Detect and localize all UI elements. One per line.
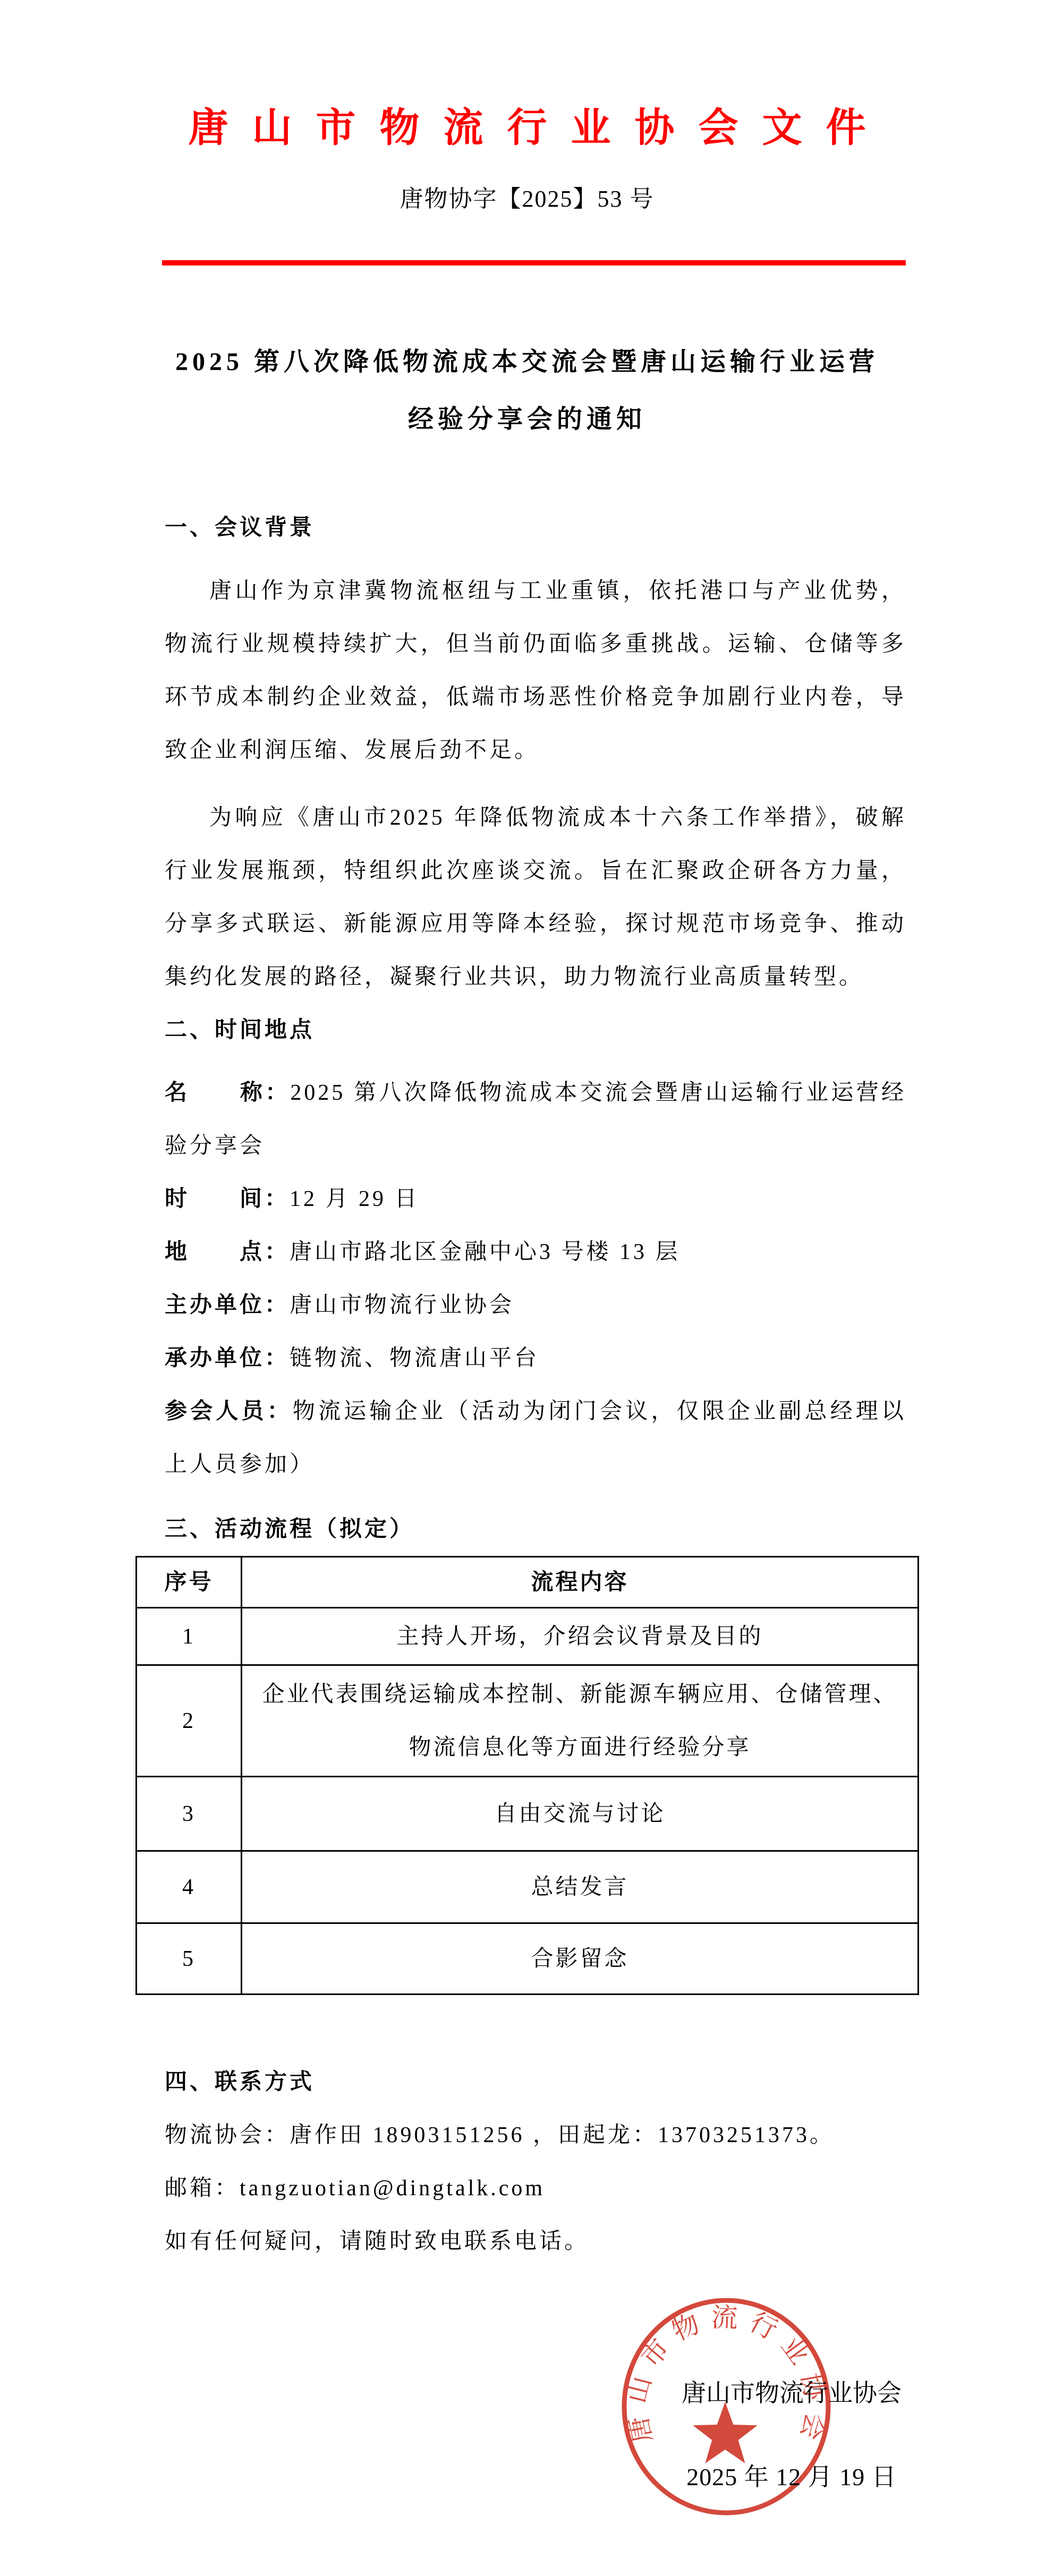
detail-label: 名 称： [165, 1081, 290, 1105]
doc-number: 唐物协字【2025】53 号 [0, 186, 1054, 212]
detail-label: 承办单位： [165, 1346, 290, 1371]
table-row: 5合影留念 [137, 1923, 919, 1995]
agenda-col-header-no: 序号 [137, 1557, 242, 1608]
section-heading-time-place: 二、时间地点 [135, 1004, 919, 1057]
agenda-table-header-row: 序号 流程内容 [137, 1557, 919, 1608]
contact-line: 物流协会：唐作田 18903151256 ，田起龙：13703251373。 [135, 2109, 919, 2162]
detail-lines: 名 称：2025 第八次降低物流成本交流会暨唐山运输行业运营经验分享会时 间：1… [135, 1066, 919, 1491]
detail-label: 地 点： [165, 1240, 290, 1264]
agenda-col-header-content: 流程内容 [242, 1557, 919, 1608]
section-heading-contact: 四、联系方式 [135, 2056, 919, 2109]
detail-line: 时 间：12 月 29 日 [135, 1173, 919, 1226]
contact-line: 如有任何疑问，请随时致电联系电话。 [135, 2215, 919, 2268]
detail-line: 承办单位：链物流、物流唐山平台 [135, 1332, 919, 1385]
detail-value: 链物流、物流唐山平台 [290, 1346, 539, 1371]
document-page: 唐山市物流行业协会文件 唐物协字【2025】53 号 2025 第八次降低物流成… [0, 0, 1054, 2576]
org-header-title: 唐山市物流行业协会文件 [0, 106, 1054, 149]
detail-label: 主办单位： [165, 1293, 290, 1317]
document-body: 一、会议背景 唐山作为京津冀物流枢纽与工业重镇，依托港口与产业优势，物流行业规模… [135, 501, 919, 2268]
table-row: 1主持人开场，介绍会议背景及目的 [137, 1608, 919, 1665]
table-cell-content: 自由交流与讨论 [242, 1777, 919, 1851]
section-heading-agenda: 三、活动流程（拟定） [135, 1503, 919, 1556]
detail-label: 时 间： [165, 1187, 290, 1211]
signature-org: 唐山市物流行业协会 [606, 2380, 977, 2407]
section-heading-background: 一、会议背景 [135, 501, 919, 554]
signature-date: 2025 年 12 月 19 日 [606, 2464, 977, 2491]
detail-value: 唐山市路北区金融中心3 号楼 13 层 [290, 1240, 681, 1264]
agenda-table-body: 1主持人开场，介绍会议背景及目的2企业代表围绕运输成本控制、新能源车辆应用、仓储… [137, 1608, 919, 1995]
agenda-table: 序号 流程内容 1主持人开场，介绍会议背景及目的2企业代表围绕运输成本控制、新能… [135, 1556, 919, 1995]
document-title: 2025 第八次降低物流成本交流会暨唐山运输行业运营经验分享会的通知 [155, 333, 899, 448]
table-cell-no: 4 [137, 1851, 242, 1923]
table-cell-content: 总结发言 [242, 1851, 919, 1923]
document-title-text: 2025 第八次降低物流成本交流会暨唐山运输行业运营经验分享会的通知 [174, 333, 880, 448]
table-cell-content: 主持人开场，介绍会议背景及目的 [242, 1608, 919, 1665]
table-cell-content: 企业代表围绕运输成本控制、新能源车辆应用、仓储管理、物流信息化等方面进行经验分享 [242, 1665, 919, 1777]
detail-line: 主办单位：唐山市物流行业协会 [135, 1279, 919, 1332]
table-cell-no: 3 [137, 1777, 242, 1851]
background-paragraph-2: 为响应《唐山市2025 年降低物流成本十六条工作举措》，破解行业发展瓶颈，特组织… [135, 791, 919, 1004]
table-cell-no: 5 [137, 1923, 242, 1995]
table-row: 4总结发言 [137, 1851, 919, 1923]
detail-line: 名 称：2025 第八次降低物流成本交流会暨唐山运输行业运营经验分享会 [135, 1066, 919, 1173]
table-row: 3自由交流与讨论 [137, 1777, 919, 1851]
detail-line: 参会人员：物流运输企业（活动为闭门会议，仅限企业副总经理以上人员参加） [135, 1385, 919, 1491]
background-paragraph-1: 唐山作为京津冀物流枢纽与工业重镇，依托港口与产业优势，物流行业规模持续扩大，但当… [135, 564, 919, 777]
detail-value: 唐山市物流行业协会 [290, 1293, 514, 1317]
detail-value: 12 月 29 日 [290, 1187, 420, 1211]
contact-lines: 物流协会：唐作田 18903151256 ，田起龙：13703251373。邮箱… [135, 2109, 919, 2268]
table-cell-no: 1 [137, 1608, 242, 1665]
contact-line: 邮箱：tangzuotian@dingtalk.com [135, 2162, 919, 2215]
detail-label: 参会人员： [165, 1399, 293, 1424]
table-cell-content: 合影留念 [242, 1923, 919, 1995]
table-cell-no: 2 [137, 1665, 242, 1777]
detail-line: 地 点：唐山市路北区金融中心3 号楼 13 层 [135, 1226, 919, 1279]
signature-block: 唐山市物流行业协会 2025 年 12 月 19 日 [606, 2380, 977, 2491]
table-row: 2企业代表围绕运输成本控制、新能源车辆应用、仓储管理、物流信息化等方面进行经验分… [137, 1665, 919, 1777]
red-divider [162, 260, 906, 266]
